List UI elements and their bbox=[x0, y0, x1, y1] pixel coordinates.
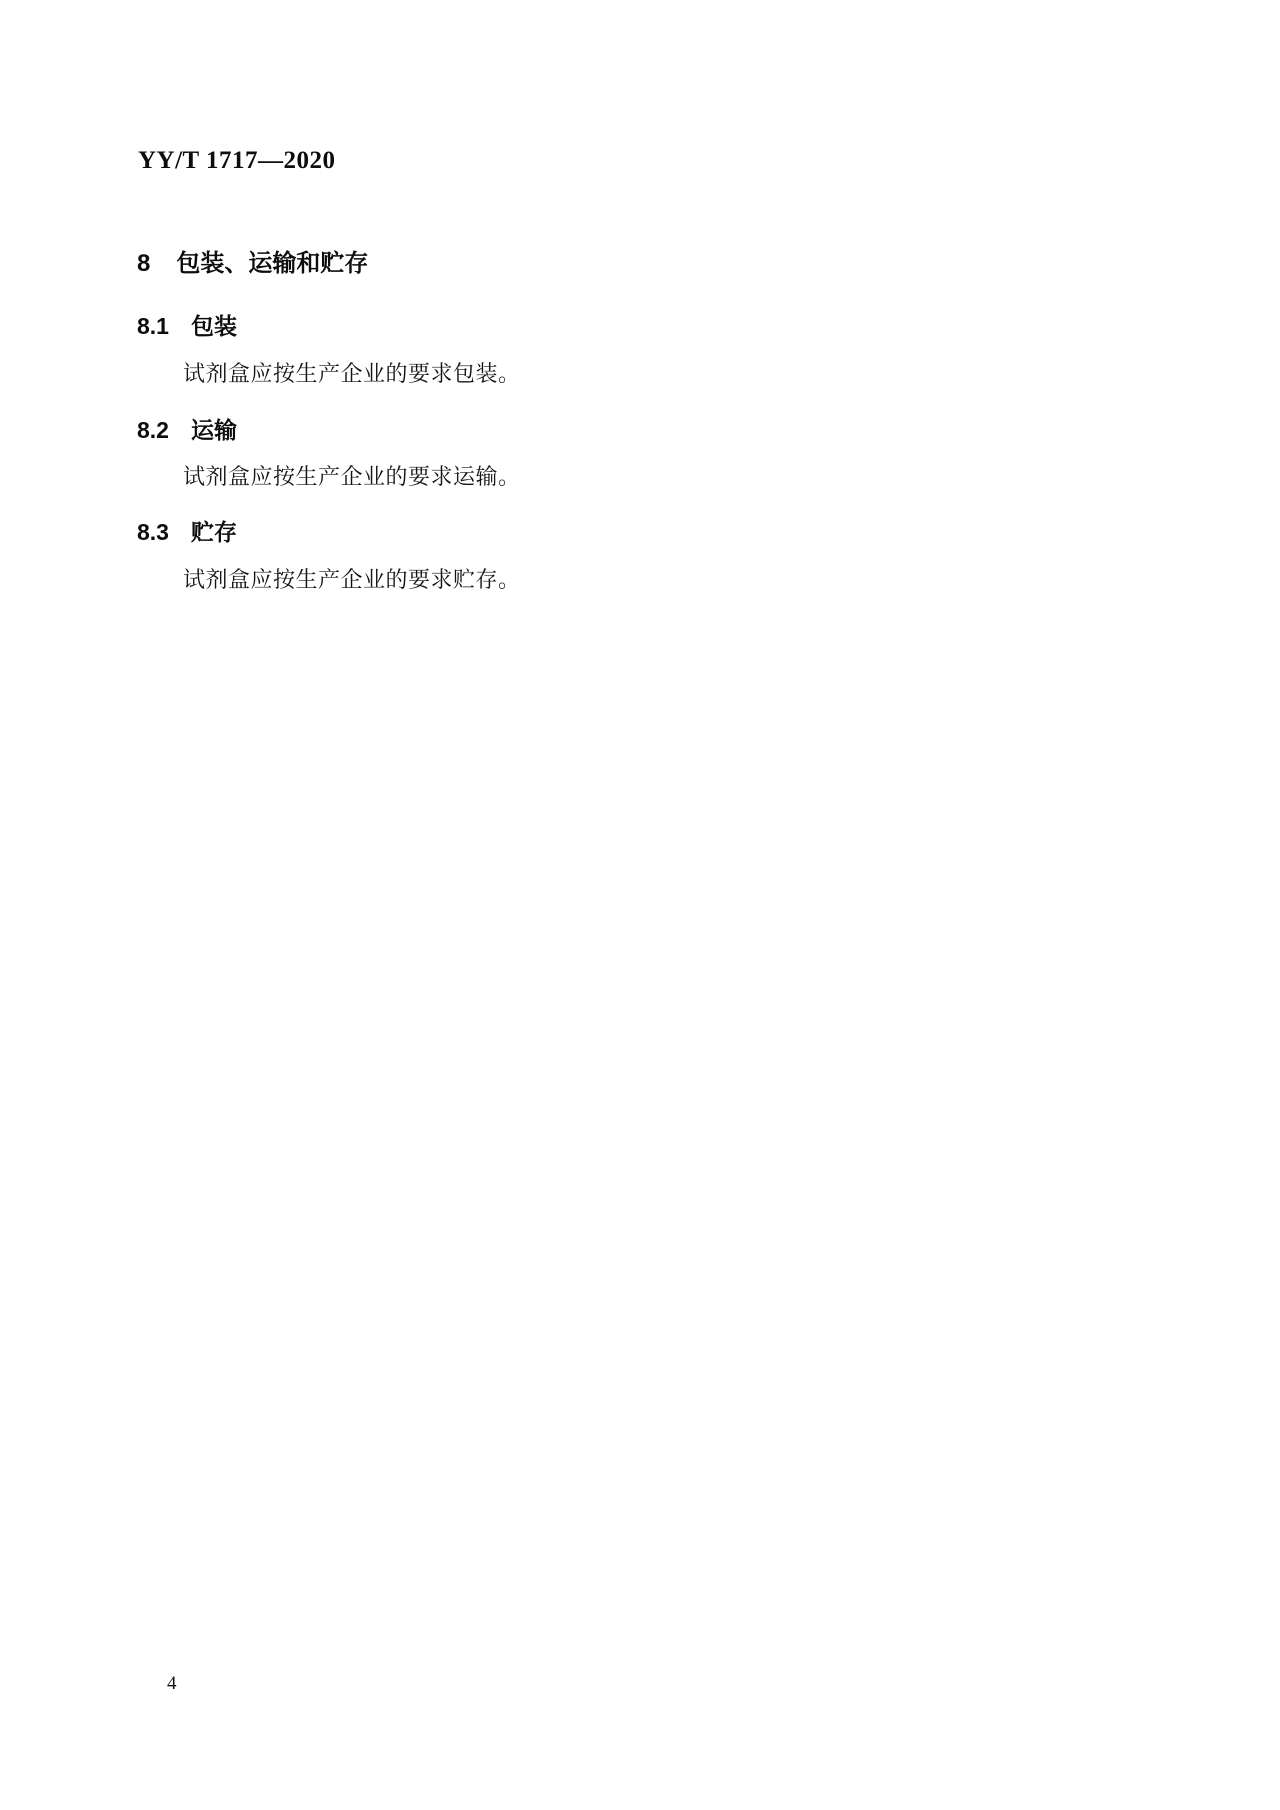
chapter-title: 包装、运输和贮存 bbox=[176, 250, 368, 277]
subsection-body-8-2: 试剂盒应按生产企业的要求运输。 bbox=[183, 460, 521, 491]
subsection-heading-8-1: 8.1包装 bbox=[137, 308, 237, 341]
subsection-title: 贮存 bbox=[191, 519, 237, 545]
subsection-number: 8.3 bbox=[137, 519, 169, 546]
subsection-title: 包装 bbox=[191, 313, 237, 339]
document-page: YY/T 1717—2020 8包装、运输和贮存 8.1包装 试剂盒应按生产企业… bbox=[0, 0, 1280, 1810]
subsection-number: 8.1 bbox=[137, 313, 169, 340]
subsection-title: 运输 bbox=[191, 417, 237, 443]
subsection-heading-8-2: 8.2运输 bbox=[137, 412, 237, 445]
subsection-number: 8.2 bbox=[137, 417, 169, 444]
page-number: 4 bbox=[167, 1673, 177, 1695]
chapter-heading: 8包装、运输和贮存 bbox=[137, 243, 368, 278]
standard-code-header: YY/T 1717—2020 bbox=[138, 147, 336, 175]
subsection-heading-8-3: 8.3贮存 bbox=[137, 514, 237, 547]
chapter-number: 8 bbox=[137, 250, 150, 278]
subsection-body-8-3: 试剂盒应按生产企业的要求贮存。 bbox=[183, 563, 521, 594]
subsection-body-8-1: 试剂盒应按生产企业的要求包装。 bbox=[183, 357, 521, 388]
